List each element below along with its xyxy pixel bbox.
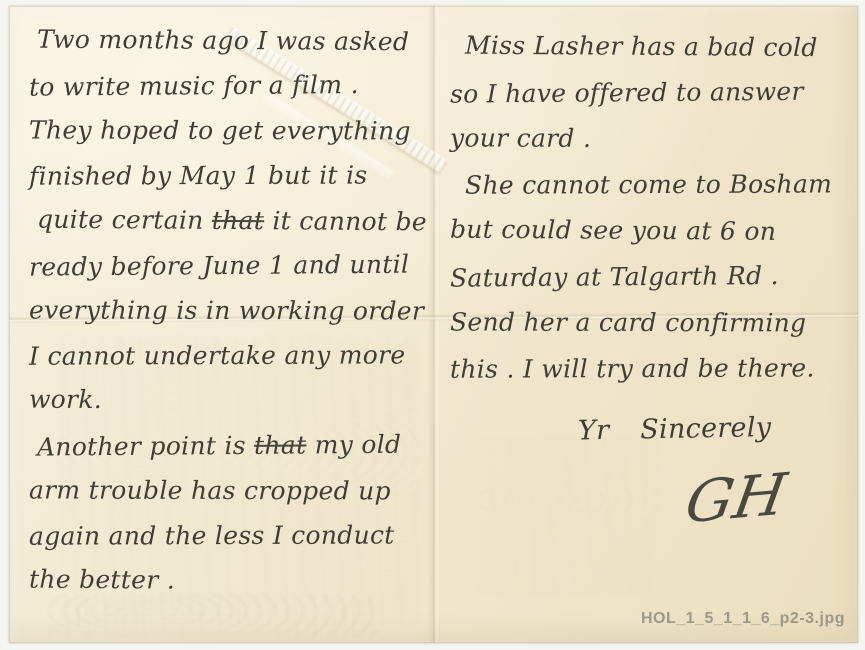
handwritten-line: She cannot come to Bosham (465, 161, 858, 208)
line-text: Another point is (37, 431, 254, 462)
closing-text: Yr Sincerely (578, 412, 772, 446)
line-text: again and the less I conduct (29, 520, 395, 550)
signature-text: GH (681, 460, 791, 536)
letter-paper: Two months ago I was asked to write musi… (9, 6, 858, 643)
line-text: my old (306, 430, 401, 460)
line-text: I cannot undertake any more (29, 340, 406, 370)
handwritten-line: so I have offered to answer (450, 68, 858, 117)
letter-page-right: Miss Lasher has a bad cold so I have off… (450, 24, 858, 530)
filename-watermark: HOL_1_5_1_1_6_p2-3.jpg (641, 611, 845, 627)
handwritten-line: Two months ago I was asked (37, 17, 437, 65)
handwritten-line: They hoped to get everything (29, 107, 437, 153)
struck-out-word: that (254, 430, 307, 459)
line-text: Miss Lasher has a bad cold (465, 31, 818, 62)
letter-page-left: Two months ago I was asked to write musi… (29, 18, 437, 603)
handwritten-line: but could see you at 6 on (450, 207, 858, 256)
line-text: to write music for a film . (29, 70, 359, 102)
struck-out-word: that (212, 206, 265, 235)
handwritten-line: finished by May 1 but it is (29, 152, 437, 198)
line-text: Send her a card confirming (450, 307, 806, 337)
line-text: your card . (450, 123, 591, 152)
handwritten-line: Saturday at Talgarth Rd . (450, 252, 858, 301)
line-text: the better . (29, 565, 175, 595)
handwritten-line: Another point is that my old (37, 421, 437, 469)
line-text: work. (29, 385, 102, 415)
line-text: ready before June 1 and until (29, 250, 409, 282)
scanned-letter-image: Two months ago I was asked to write musi… (0, 0, 865, 650)
line-text: so I have offered to answer (450, 77, 804, 109)
line-text: quite certain (37, 205, 212, 235)
handwritten-line: work. (29, 377, 437, 425)
handwritten-line: arm trouble has cropped up (29, 467, 437, 513)
line-text: it cannot be (264, 206, 427, 236)
handwritten-line: everything is in working order (29, 287, 437, 333)
handwritten-line: I cannot undertake any more (29, 332, 437, 378)
handwritten-line: quite certain that it cannot be (37, 197, 437, 245)
line-text: She cannot come to Bosham (465, 169, 832, 199)
handwritten-line: this . I will try and be there. (450, 345, 858, 392)
handwritten-line: again and the less I conduct (29, 512, 437, 558)
line-text: Two months ago I was asked (37, 25, 409, 57)
line-text: everything is in working order (29, 295, 424, 325)
handwritten-line: your card . (450, 115, 858, 162)
line-text: finished by May 1 but it is (29, 161, 368, 191)
line-text: They hoped to get everything (29, 115, 411, 145)
line-text: but could see you at 6 on (450, 215, 776, 246)
handwritten-line: the better . (29, 557, 437, 605)
handwritten-line: Send her a card confirming (450, 299, 858, 346)
line-text: this . I will try and be there. (450, 353, 815, 383)
closing-salutation: Yr Sincerely (578, 404, 859, 455)
handwritten-line: ready before June 1 and until (29, 241, 437, 289)
line-text: arm trouble has cropped up (29, 475, 391, 505)
line-text: Saturday at Talgarth Rd . (450, 261, 779, 293)
handwritten-line: Miss Lasher has a bad cold (465, 23, 858, 72)
handwritten-line: to write music for a film . (29, 61, 437, 109)
signature-initials: GH (681, 453, 865, 538)
